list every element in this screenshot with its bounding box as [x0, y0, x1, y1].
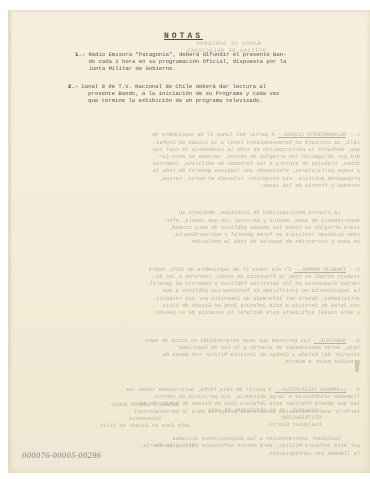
note-line: do cada 1 hora en su programación Oficia… [88, 58, 286, 65]
note-line: Canal 8 de T.V. Nacional de Chile deberá… [81, 83, 266, 90]
note-line: Junta Militar de Gobierno. [88, 65, 175, 72]
note-line: que termine la exhibición de un programa… [88, 97, 263, 104]
front-content: NOTAS 1.- Radio Emisora "Patagonia", deb… [0, 0, 370, 479]
note-item-1: 1.- Radio Emisora "Patagonia", deberá di… [75, 51, 287, 72]
note-line: Radio Emisora "Patagonia", deberá difund… [88, 51, 286, 58]
note-number: 2.- [68, 83, 78, 90]
note-item-2: 2.- Canal 8 de T.V. Nacional de Chile de… [68, 83, 280, 104]
note-number: 1.- [75, 51, 85, 58]
document-title: NOTAS [164, 32, 203, 41]
note-line: presente Bando, a la iniciación de su Pr… [88, 90, 279, 97]
archive-reference-number: 000076-00005-00296 [22, 452, 102, 460]
